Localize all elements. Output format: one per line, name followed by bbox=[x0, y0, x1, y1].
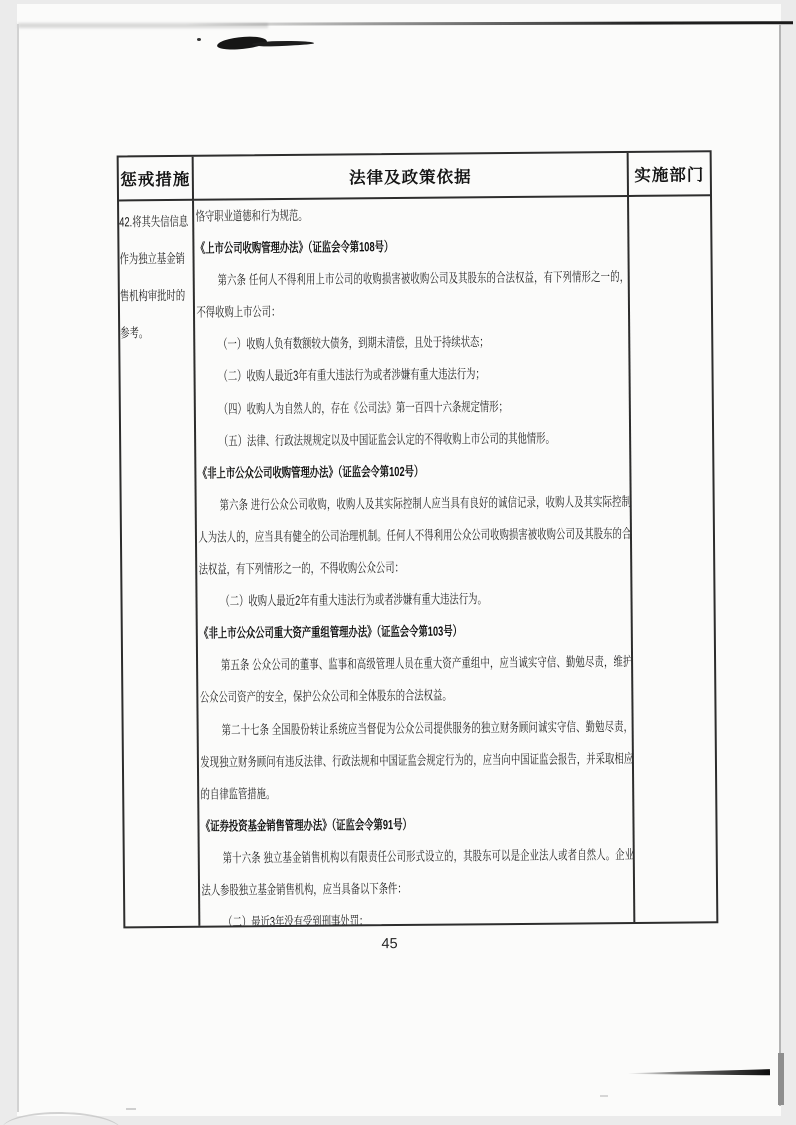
law-paragraph: （四）收购人为自然人的，存在《公司法》第一百四十六条规定情形； bbox=[197, 390, 630, 426]
law-paragraphs: 恪守职业道德和行为规范。《上市公司收购管理办法》（证监会令第108号）第六条 任… bbox=[194, 197, 635, 926]
ink-smudge-dot bbox=[197, 38, 201, 41]
law-paragraph: 《非上市公众公司收购管理办法》（证监会令第102号） bbox=[198, 454, 631, 490]
law-paragraph: 第五条 公众公司的董事、监事和高级管理人员在重大资产重组中，应当诚实守信、勤勉尽… bbox=[199, 646, 632, 714]
law-paragraph: 第六条 进行公众公司收购，收购人及其实际控制人应当具有良好的诚信记录，收购人及其… bbox=[198, 486, 632, 586]
law-paragraph: 第二十七条 全国股份转让系统应当督促为公众公司提供服务的独立财务顾问诚实守信、勤… bbox=[200, 710, 634, 810]
header-cell-measures: 惩戒措施 bbox=[119, 157, 194, 202]
law-paragraph: （二）收购人最近2年有重大违法行为或者涉嫌有重大违法行为。 bbox=[199, 582, 632, 618]
law-paragraph: 《上市公司收购管理办法》（证监会令第108号） bbox=[196, 229, 629, 265]
law-paragraph: （二）收购人最近3年有重大违法行为或者涉嫌有重大违法行为； bbox=[197, 357, 630, 393]
scan-speck bbox=[126, 1108, 136, 1110]
law-paragraph: 第十六条 独立基金销售机构以有限责任公司形式设立的，其股东可以是企业法人或者自然… bbox=[201, 839, 634, 907]
legal-basis-table: 惩戒措施 法律及政策依据 实施部门 42.将其失信信息作为独立基金销售机构审批时… bbox=[117, 150, 719, 928]
legal-basis-cell: 恪守职业道德和行为规范。《上市公司收购管理办法》（证监会令第108号）第六条 任… bbox=[194, 197, 635, 926]
measures-cell: 42.将其失信信息作为独立基金销售机构审批时的参考。 bbox=[119, 201, 200, 927]
scan-left-edge-line bbox=[17, 24, 19, 1112]
document-content: 惩戒措施 法律及政策依据 实施部门 42.将其失信信息作为独立基金销售机构审批时… bbox=[0, 0, 796, 1125]
measures-text: 42.将其失信信息作为独立基金销售机构审批时的参考。 bbox=[119, 201, 194, 352]
header-cell-department: 实施部门 bbox=[629, 152, 710, 197]
law-paragraph: （二）最近3年没有受到刑事处罚； bbox=[202, 903, 635, 926]
law-paragraph: 第六条 任何人不得利用上市公司的收购损害被收购公司及其股东的合法权益，有下列情形… bbox=[196, 261, 629, 329]
scan-right-edge-line bbox=[779, 24, 781, 1106]
law-paragraph: 恪守职业道德和行为规范。 bbox=[195, 197, 628, 233]
legal-basis-header-label: 法律及政策依据 bbox=[349, 163, 472, 188]
page-number: 45 bbox=[381, 936, 397, 952]
scan-right-dark-bar bbox=[778, 1053, 784, 1105]
law-paragraph: 《证券投资基金销售管理办法》（证监会令第91号） bbox=[201, 807, 634, 843]
measures-header-label: 惩戒措施 bbox=[120, 166, 190, 191]
header-cell-legal-basis: 法律及政策依据 bbox=[194, 153, 629, 201]
department-header-label: 实施部门 bbox=[634, 161, 704, 186]
law-paragraph: （五）法律、行政法规规定以及中国证监会认定的不得收购上市公司的其他情形。 bbox=[197, 422, 630, 458]
law-paragraph: （一）收购人负有数额较大债务，到期未清偿，且处于持续状态； bbox=[197, 325, 630, 361]
department-cell bbox=[629, 196, 716, 922]
law-paragraph: 《非上市公众公司重大资产重组管理办法》（证监会令第103号） bbox=[199, 614, 632, 650]
scan-speck bbox=[600, 1095, 608, 1097]
